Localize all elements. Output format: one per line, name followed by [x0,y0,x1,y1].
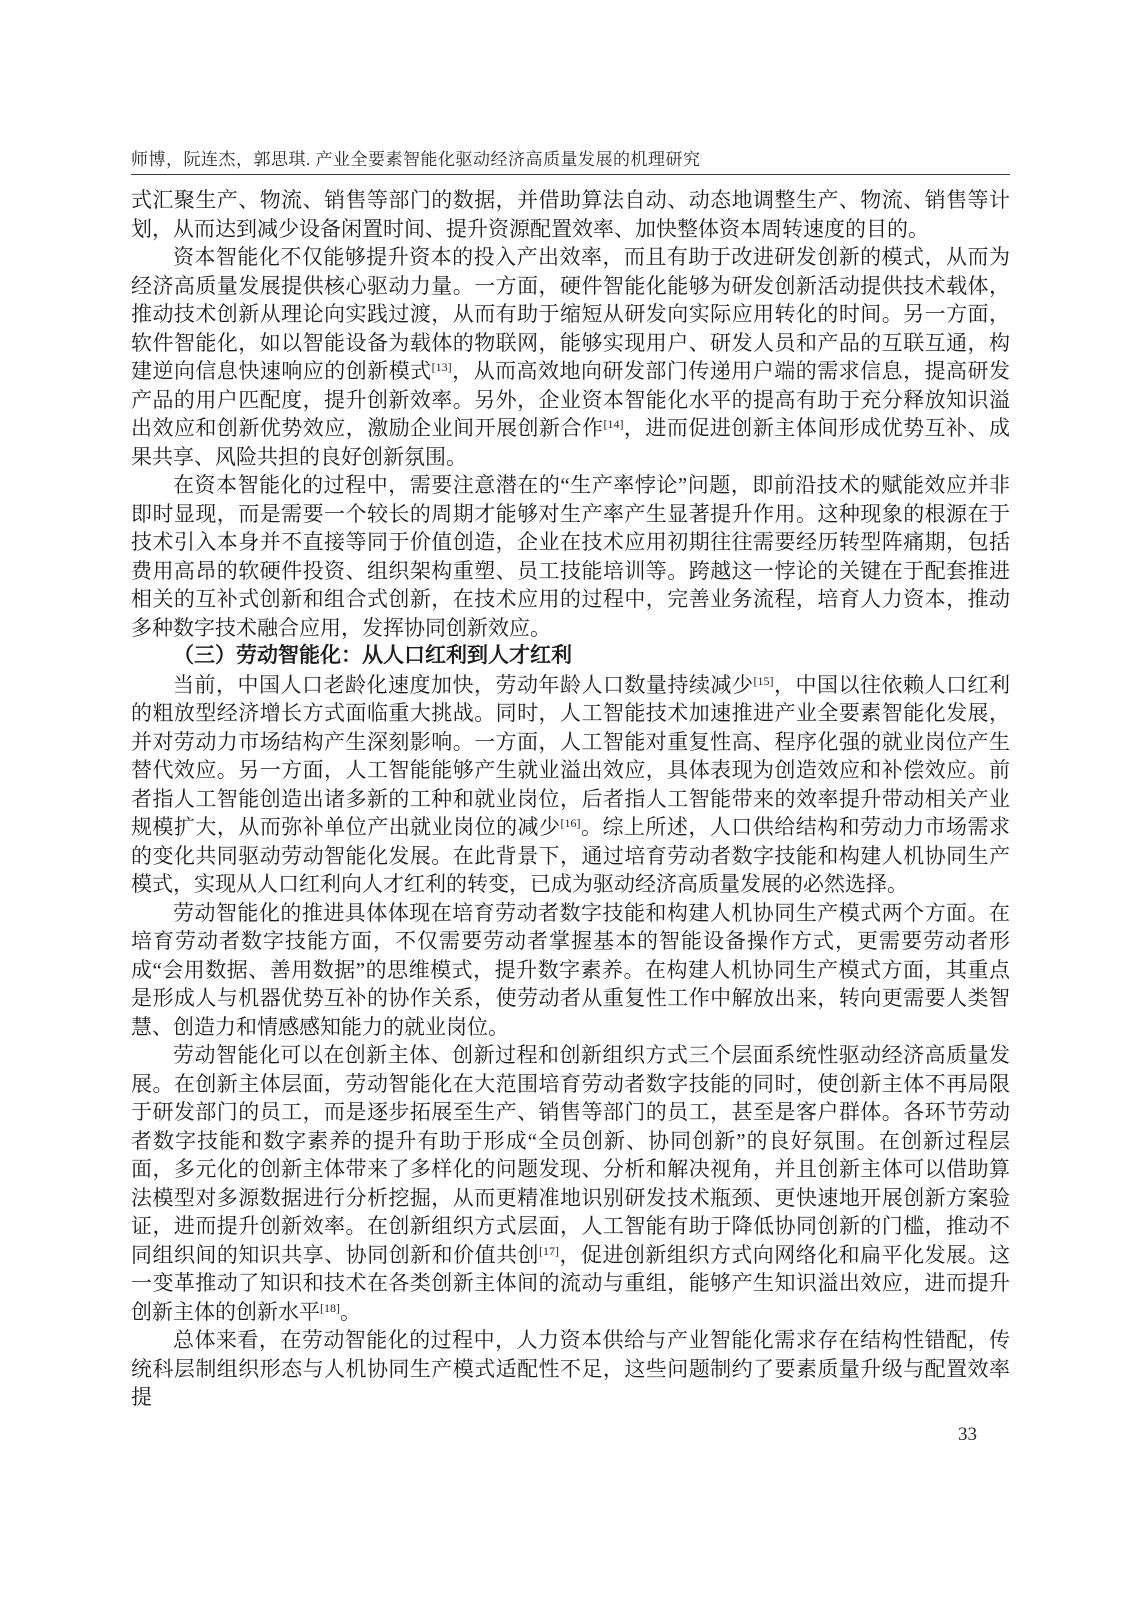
section-heading: （三）劳动智能化：从人口红利到人才红利 [131,642,1010,671]
paragraph: 当前，中国人口老龄化速度加快，劳动年龄人口数量持续减少[15]，中国以往依赖人口… [131,671,1010,899]
paragraph: 劳动智能化的推进具体体现在培育劳动者数字技能和构建人机协同生产模式两个方面。在培… [131,899,1010,1042]
paragraph: 资本智能化不仅能够提升资本的投入产出效率，而且有助于改进研发创新的模式，从而为经… [131,243,1010,471]
paragraph: 在资本智能化的过程中，需要注意潜在的“生产率悖论”问题，即前沿技术的赋能效应并非… [131,471,1010,642]
paragraph: 总体来看，在劳动智能化的过程中，人力资本供给与产业智能化需求存在结构性错配，传统… [131,1326,1010,1412]
document-page: 师博，阮连杰，郭思琪. 产业全要素智能化驱动经济高质量发展的机理研究 式汇聚生产… [0,0,1140,1600]
page-number: 33 [958,1424,977,1446]
citation-ref: [16] [561,816,581,830]
citation-ref: [15] [754,674,774,688]
paragraph: 式汇聚生产、物流、销售等部门的数据，并借助算法自动、动态地调整生产、物流、销售等… [131,186,1010,243]
citation-ref: [18] [320,1301,340,1315]
citation-ref: [13] [432,360,452,374]
article-body: 式汇聚生产、物流、销售等部门的数据，并借助算法自动、动态地调整生产、物流、销售等… [131,186,1010,1412]
citation-ref: [17] [539,1244,559,1258]
paragraph: 劳动智能化可以在创新主体、创新过程和创新组织方式三个层面系统性驱动经济高质量发展… [131,1041,1010,1326]
header-rule [131,174,1010,175]
running-header: 师博，阮连杰，郭思琪. 产业全要素智能化驱动经济高质量发展的机理研究 [131,145,1010,170]
citation-ref: [14] [603,417,623,431]
